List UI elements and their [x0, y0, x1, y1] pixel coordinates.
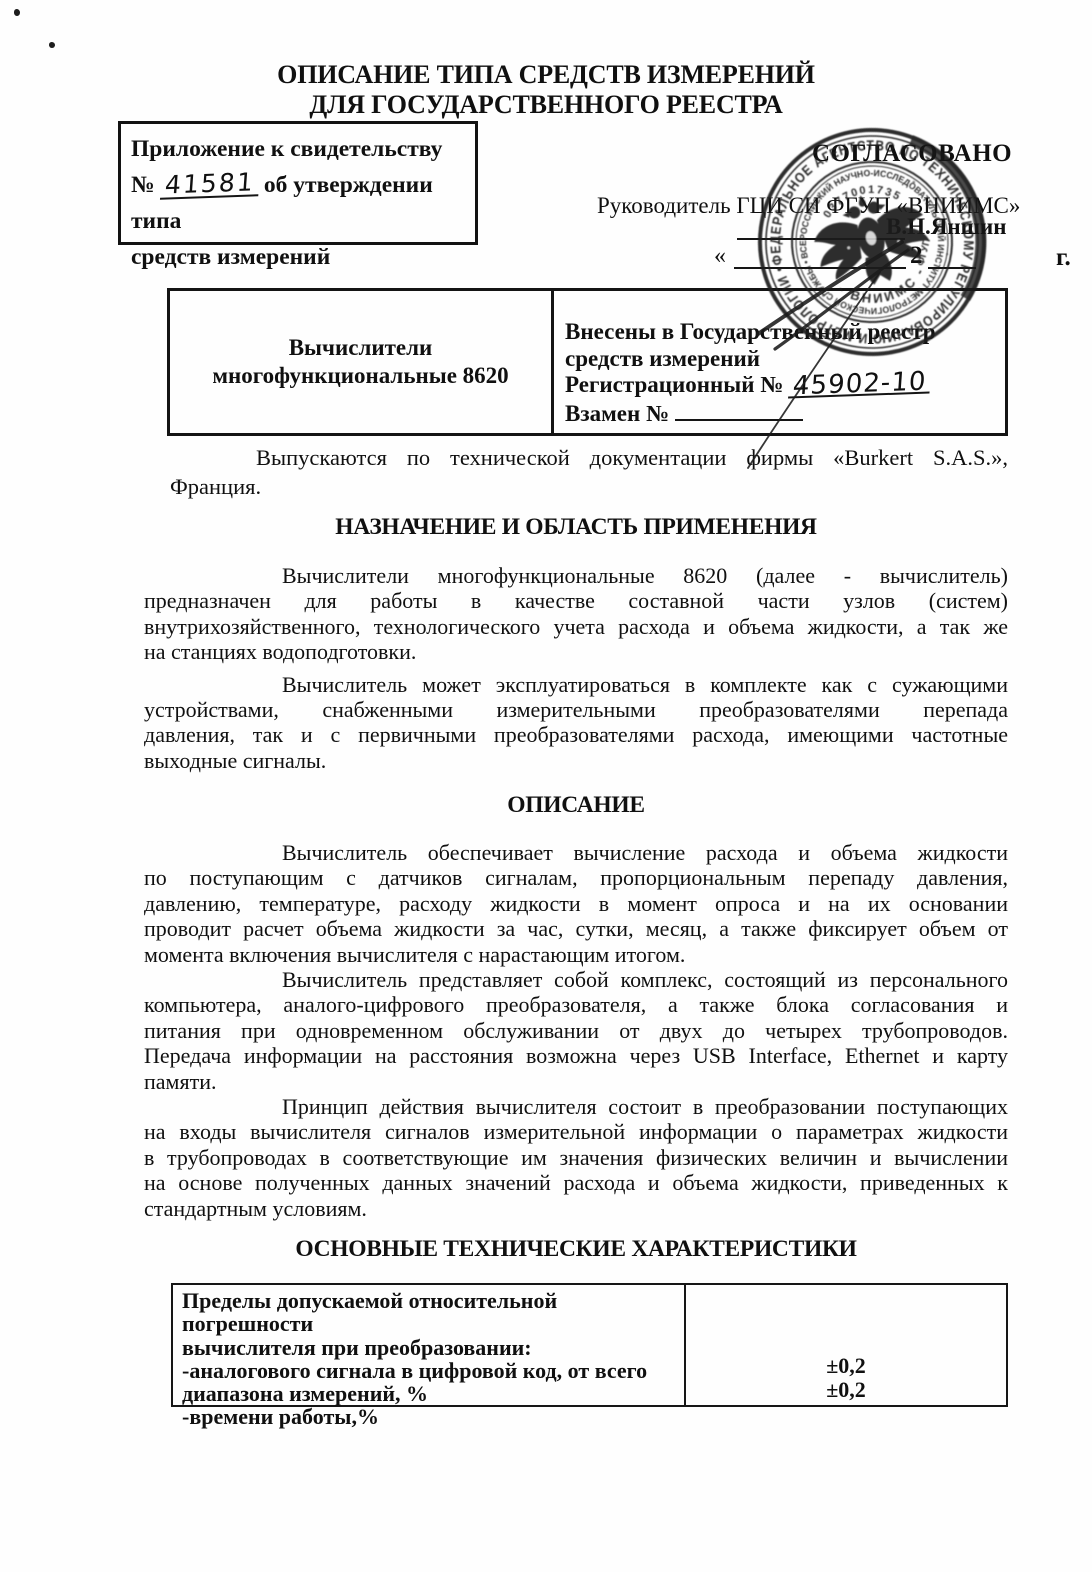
- number-sign: №: [131, 172, 155, 198]
- paragraph-line: компьютера, аналого-цифрового преобразов…: [144, 992, 1008, 1017]
- param-line: вычислителя при преобразовании:: [182, 1336, 677, 1359]
- paragraph-line: по поступающим с датчиков сигналам, проп…: [144, 865, 1008, 890]
- signature-stroke: [690, 200, 970, 490]
- paragraph-line: давлению, температуре, расходу жидкости …: [144, 891, 1008, 916]
- certificate-number-handwritten: 41581: [159, 170, 259, 199]
- param-line: Пределы допускаемой относительной погреш…: [182, 1289, 677, 1336]
- page-title-line2: ДЛЯ ГОСУДАРСТВЕННОГО РЕЕСТРА: [0, 90, 1092, 120]
- paragraph-line: Вычислитель представляет собой комплекс,…: [144, 967, 1008, 992]
- paragraph-line: внутрихозяйственного, технологического у…: [144, 614, 1008, 639]
- section-description-text: Вычислитель обеспечивает вычисление расх…: [144, 840, 1008, 1221]
- paragraph-line: на основе полученных данных значений рас…: [144, 1170, 1008, 1195]
- paragraph-line: в трубопроводах в соответствующие им зна…: [144, 1145, 1008, 1170]
- annex-line1: Приложение к свидетельству: [131, 131, 469, 167]
- paragraph-line: на станциях водоподготовки.: [144, 639, 1008, 664]
- page-title-line1: ОПИСАНИЕ ТИПА СРЕДСТВ ИЗМЕРЕНИЙ: [0, 60, 1092, 90]
- characteristics-table: Пределы допускаемой относительной погреш…: [171, 1283, 1008, 1407]
- annex-box: Приложение к свидетельству № 41581 об ут…: [118, 121, 478, 245]
- paragraph-line: устройствами, снабженными измерительными…: [144, 697, 1008, 722]
- paragraph-line: Передача информации на расстояния возмож…: [144, 1043, 1008, 1068]
- section-heading-characteristics: ОСНОВНЫЕ ТЕХНИЧЕСКИЕ ХАРАКТЕРИСТИКИ: [144, 1236, 1008, 1263]
- param-line: диапазона измерений, %: [182, 1382, 677, 1405]
- paragraph-line: памяти.: [144, 1069, 1008, 1094]
- paragraph-line: момента включения вычислителя с нарастаю…: [144, 942, 1008, 967]
- paragraph-line: питания при одновременном обслуживании о…: [144, 1018, 1008, 1043]
- section-heading-purpose: НАЗНАЧЕНИЕ И ОБЛАСТЬ ПРИМЕНЕНИЯ: [144, 514, 1008, 541]
- paragraph-line: предназначен для работы в качестве соста…: [144, 588, 1008, 613]
- date-year-suffix: г.: [1056, 244, 1071, 272]
- replaces-label: Взамен №: [565, 401, 669, 426]
- error-limits-parameter: Пределы допускаемой относительной погреш…: [182, 1289, 677, 1429]
- paragraph-line: стандартным условиям.: [144, 1196, 1008, 1221]
- paragraph-line: на входы вычислителя сигналов измеритель…: [144, 1119, 1008, 1144]
- paragraph-line: Вычислители многофункциональные 8620 (да…: [144, 563, 1008, 588]
- document-page: ОПИСАНИЕ ТИПА СРЕДСТВ ИЗМЕРЕНИЙ ДЛЯ ГОСУ…: [0, 0, 1092, 1572]
- paragraph-line: Принцип действия вычислителя состоит в п…: [144, 1094, 1008, 1119]
- param-line: -времени работы,%: [182, 1405, 677, 1428]
- annex-line3: средств измерений: [131, 239, 469, 275]
- scan-speck: [14, 9, 20, 16]
- instrument-name-line1: Вычислители: [289, 334, 433, 362]
- instrument-name: Вычислители многофункциональные 8620: [170, 291, 551, 433]
- annex-line2: № 41581 об утверждении типа: [131, 167, 469, 239]
- paragraph-line: давления, так и с первичными преобразова…: [144, 722, 1008, 747]
- error-limits-values: ±0,2 ±0,2: [686, 1354, 1006, 1401]
- paragraph-line: выходные сигналы.: [144, 748, 1008, 773]
- value-time: ±0,2: [686, 1378, 1006, 1401]
- paragraph-line: проводит расчет объема жидкости за час, …: [144, 916, 1008, 941]
- value-analog: ±0,2: [686, 1354, 1006, 1377]
- param-line: -аналогового сигнала в цифровой код, от …: [182, 1359, 677, 1382]
- paragraph-line: Вычислитель может эксплуатироваться в ко…: [144, 672, 1008, 697]
- section-heading-description: ОПИСАНИЕ: [144, 792, 1008, 819]
- section-purpose-text: Вычислители многофункциональные 8620 (да…: [144, 563, 1008, 773]
- instrument-name-line2: многофункциональные 8620: [212, 362, 508, 390]
- scan-speck: [49, 42, 55, 48]
- page-title: ОПИСАНИЕ ТИПА СРЕДСТВ ИЗМЕРЕНИЙ ДЛЯ ГОСУ…: [0, 60, 1092, 120]
- table-divider: [551, 291, 554, 433]
- paragraph-line: Вычислитель обеспечивает вычисление расх…: [144, 840, 1008, 865]
